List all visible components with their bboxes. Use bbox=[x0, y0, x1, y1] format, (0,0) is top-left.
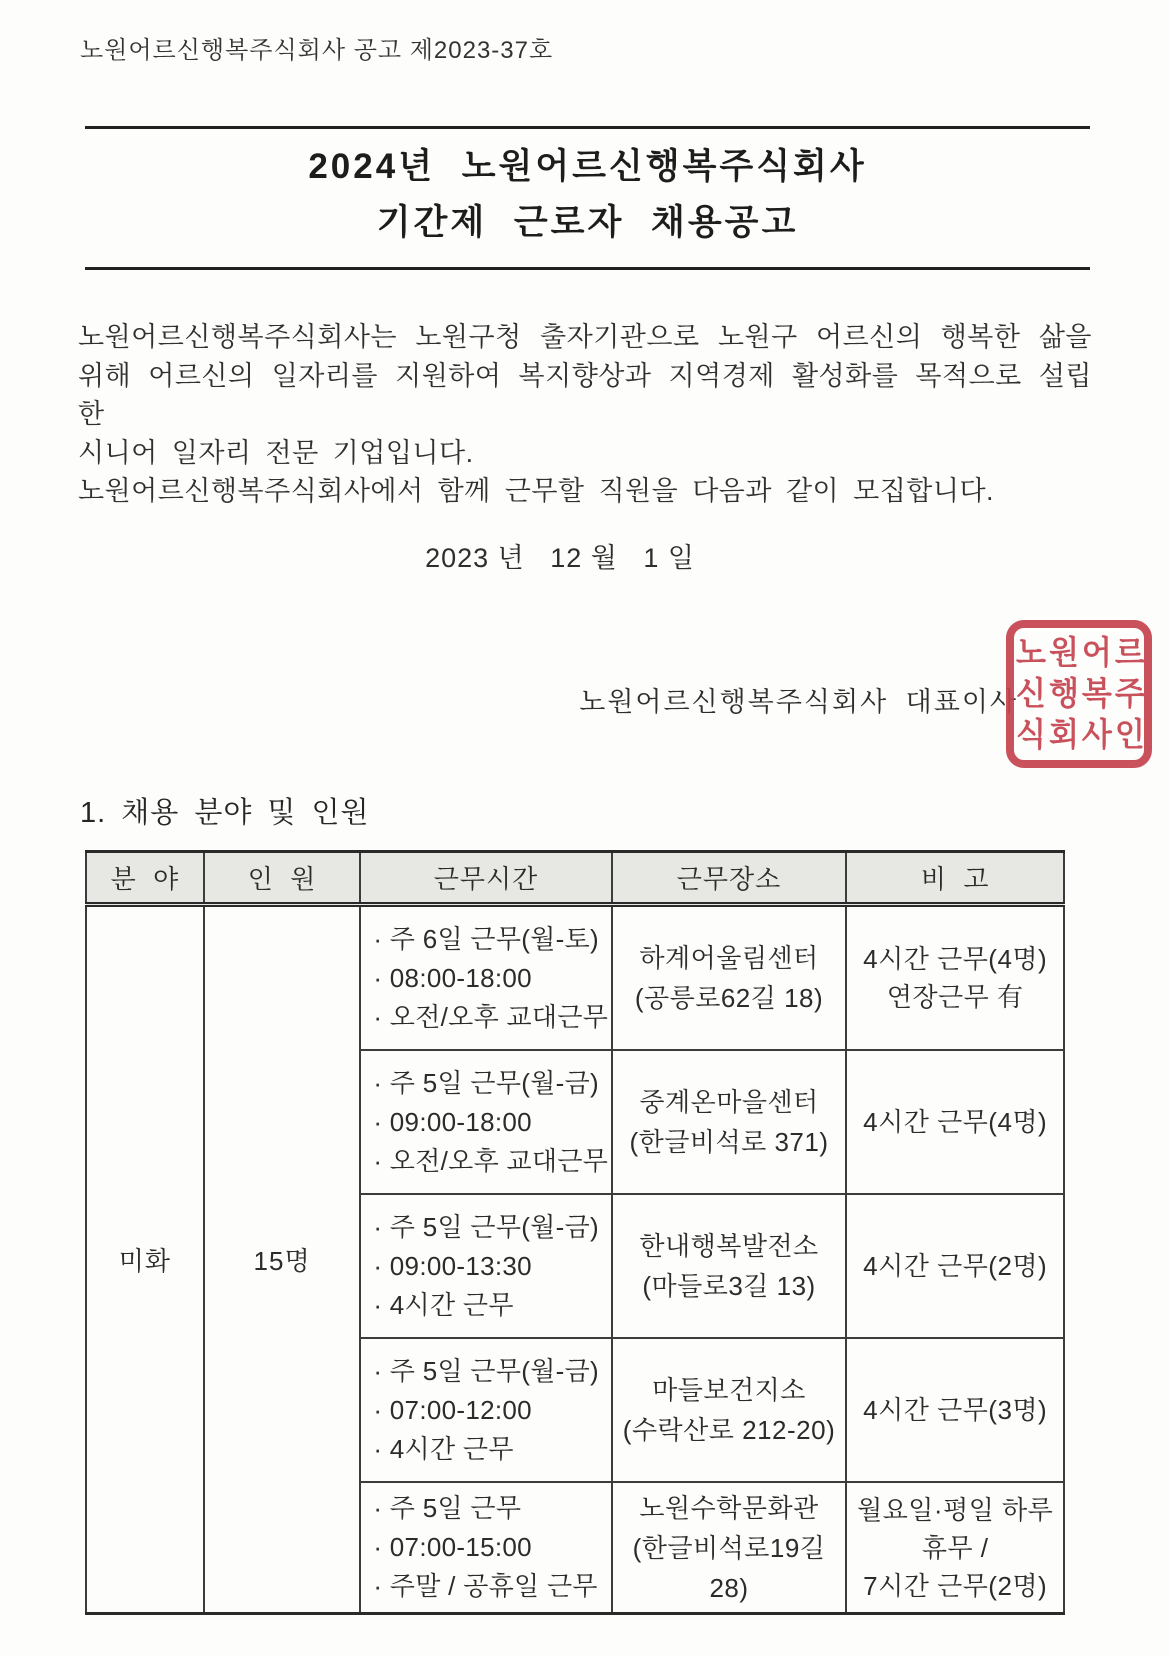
col-header-field: 분 야 bbox=[86, 852, 204, 905]
category-cell: 미화 bbox=[86, 905, 204, 1614]
stamp-row: 신행복주 bbox=[1016, 673, 1142, 715]
table-row: 미화 15명 · 주 6일 근무(월-토) · 08:00-18:00 · 오전… bbox=[86, 905, 1064, 1051]
schedule-cell: · 주 5일 근무 · 07:00-15:00 · 주말 / 공휴일 근무 bbox=[360, 1482, 611, 1614]
intro-line: 노원어르신행복주식회사는 노원구청 출자기관으로 노원구 어르신의 행복한 삶을 bbox=[78, 318, 1092, 357]
section-heading: 1. 채용 분야 및 인원 bbox=[80, 790, 370, 831]
table-header-row: 분 야 인 원 근무시간 근무장소 비 고 bbox=[86, 852, 1064, 905]
title-line-2: 기간제 근로자 채용공고 bbox=[85, 195, 1090, 251]
note-cell: 4시간 근무(4명) bbox=[846, 1050, 1064, 1194]
schedule-line: · 주 5일 근무(월-금) bbox=[373, 1064, 604, 1103]
location-address: (한글비석로 371) bbox=[613, 1122, 846, 1162]
col-header-work-hours: 근무시간 bbox=[360, 852, 611, 905]
schedule-cell: · 주 5일 근무(월-금) · 07:00-12:00 · 4시간 근무 bbox=[360, 1338, 611, 1482]
note-line: 휴무 / bbox=[847, 1529, 1063, 1567]
schedule-cell: · 주 5일 근무(월-금) · 09:00-18:00 · 오전/오후 교대근… bbox=[360, 1050, 611, 1194]
col-header-remarks: 비 고 bbox=[846, 852, 1064, 905]
schedule-line: · 주 5일 근무 bbox=[373, 1489, 604, 1528]
stamp-row: 노원어르 bbox=[1016, 632, 1142, 674]
schedule-line: · 07:00-12:00 bbox=[373, 1391, 604, 1430]
location-address: (공릉로62길 18) bbox=[613, 978, 846, 1018]
schedule-line: · 07:00-15:00 bbox=[373, 1528, 604, 1567]
location-cell: 한내행복발전소 (마들로3길 13) bbox=[612, 1194, 847, 1338]
schedule-line: · 주 5일 근무(월-금) bbox=[373, 1352, 604, 1391]
col-header-work-place: 근무장소 bbox=[612, 852, 847, 905]
location-name: 노원수학문화관 bbox=[613, 1488, 846, 1528]
schedule-cell: · 주 6일 근무(월-토) · 08:00-18:00 · 오전/오후 교대근… bbox=[360, 905, 611, 1051]
doc-number: 노원어르신행복주식회사 공고 제2023-37호 bbox=[80, 30, 553, 65]
schedule-line: · 주말 / 공휴일 근무 bbox=[373, 1567, 604, 1606]
schedule-line: · 09:00-18:00 bbox=[373, 1103, 604, 1142]
location-cell: 중계온마을센터 (한글비석로 371) bbox=[612, 1050, 847, 1194]
schedule-line: · 주 6일 근무(월-토) bbox=[373, 920, 604, 959]
location-address: (마들로3길 13) bbox=[613, 1266, 846, 1306]
note-cell: 4시간 근무(3명) bbox=[846, 1338, 1064, 1482]
location-name: 마들보건지소 bbox=[613, 1370, 846, 1410]
title-block: 2024년 노원어르신행복주식회사 기간제 근로자 채용공고 bbox=[85, 126, 1090, 270]
note-line: 4시간 근무(2명) bbox=[847, 1247, 1063, 1285]
col-header-headcount: 인 원 bbox=[204, 852, 360, 905]
note-line: 연장근무 有 bbox=[847, 978, 1063, 1016]
location-cell: 노원수학문화관 (한글비석로19길 28) bbox=[612, 1482, 847, 1614]
recruitment-table: 분 야 인 원 근무시간 근무장소 비 고 미화 15명 · 주 6일 근무(월… bbox=[85, 850, 1065, 1615]
title-line-1: 2024년 노원어르신행복주식회사 bbox=[85, 139, 1090, 195]
note-cell: 월요일·평일 하루 휴무 / 7시간 근무(2명) bbox=[846, 1482, 1064, 1614]
note-cell: 4시간 근무(2명) bbox=[846, 1194, 1064, 1338]
location-name: 한내행복발전소 bbox=[613, 1226, 846, 1266]
headcount-cell: 15명 bbox=[204, 905, 360, 1614]
document-page: 노원어르신행복주식회사 공고 제2023-37호 2024년 노원어르신행복주식… bbox=[0, 0, 1170, 1655]
intro-line: 위해 어르신의 일자리를 지원하여 복지향상과 지역경제 활성화를 목적으로 설… bbox=[78, 357, 1092, 434]
note-line: 월요일·평일 하루 bbox=[847, 1491, 1063, 1529]
intro-paragraph: 노원어르신행복주식회사는 노원구청 출자기관으로 노원구 어르신의 행복한 삶을… bbox=[78, 318, 1092, 511]
location-cell: 마들보건지소 (수락산로 212-20) bbox=[612, 1338, 847, 1482]
schedule-line: · 4시간 근무 bbox=[373, 1286, 604, 1325]
schedule-line: · 4시간 근무 bbox=[373, 1430, 604, 1469]
location-name: 중계온마을센터 bbox=[613, 1082, 846, 1122]
location-address: (수락산로 212-20) bbox=[613, 1410, 846, 1450]
intro-line: 시니어 일자리 전문 기업입니다. bbox=[78, 434, 1092, 473]
signer-line: 노원어르신행복주식회사 대표이사 bbox=[0, 680, 1018, 719]
stamp-row: 식회사인 bbox=[1016, 714, 1142, 756]
intro-line: 노원어르신행복주식회사에서 함께 근무할 직원을 다음과 같이 모집합니다. bbox=[78, 472, 1092, 511]
location-name: 하계어울림센터 bbox=[613, 938, 846, 978]
schedule-line: · 주 5일 근무(월-금) bbox=[373, 1208, 604, 1247]
date-line: 2023 년 12 월 1 일 bbox=[0, 536, 1120, 575]
location-address: (한글비석로19길 28) bbox=[613, 1528, 846, 1608]
schedule-line: · 오전/오후 교대근무 bbox=[373, 1142, 604, 1181]
schedule-cell: · 주 5일 근무(월-금) · 09:00-13:30 · 4시간 근무 bbox=[360, 1194, 611, 1338]
location-cell: 하계어울림센터 (공릉로62길 18) bbox=[612, 905, 847, 1051]
schedule-line: · 08:00-18:00 bbox=[373, 959, 604, 998]
schedule-line: · 오전/오후 교대근무 bbox=[373, 998, 604, 1037]
note-line: 4시간 근무(4명) bbox=[847, 940, 1063, 978]
note-line: 4시간 근무(3명) bbox=[847, 1391, 1063, 1429]
schedule-line: · 09:00-13:30 bbox=[373, 1247, 604, 1286]
note-line: 4시간 근무(4명) bbox=[847, 1103, 1063, 1141]
company-seal-stamp: 노원어르 신행복주 식회사인 bbox=[1006, 620, 1152, 768]
note-cell: 4시간 근무(4명) 연장근무 有 bbox=[846, 905, 1064, 1051]
note-line: 7시간 근무(2명) bbox=[847, 1567, 1063, 1605]
